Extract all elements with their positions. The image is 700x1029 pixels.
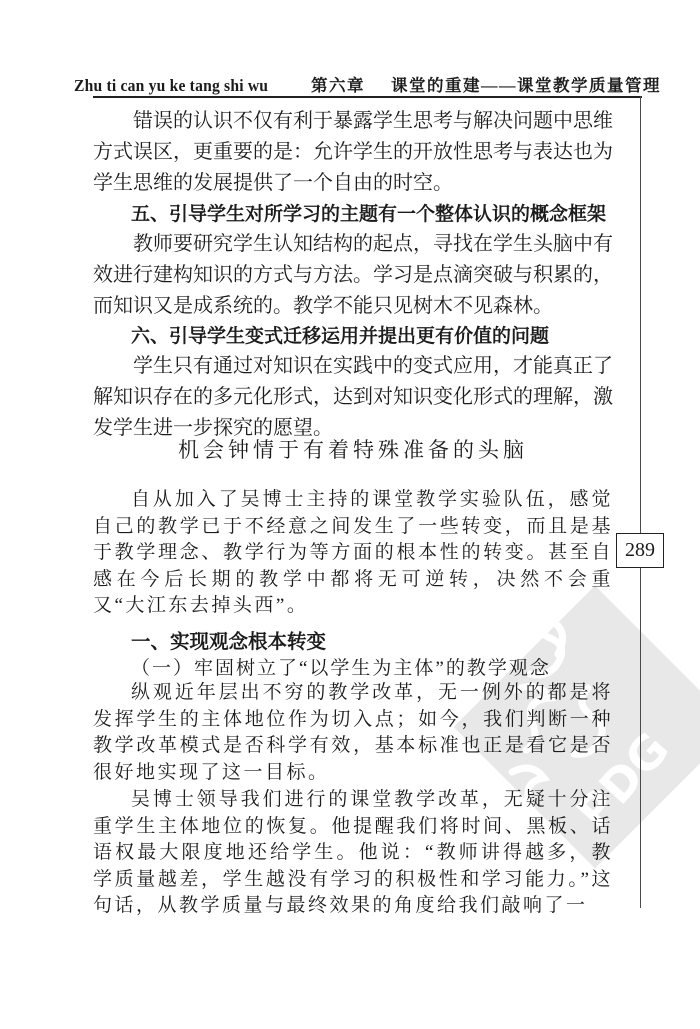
paragraph-six: 学生只有通过对知识在实践中的变式应用，才能真正了解知识存在的多元化形式，达到对知… — [93, 351, 613, 444]
running-header: Zhu ti can yu ke tang shi wu 第六章 课堂的重建——… — [93, 72, 642, 96]
margin-rule — [640, 96, 641, 908]
header-book-title: 课堂的重建——课堂教学质量管理 — [391, 72, 661, 96]
section-title: 机会钟情于有着特殊准备的头脑 — [93, 434, 613, 464]
paragraph-join: 自从加入了吴博士主持的课堂教学实验队伍，感觉自己的教学已于不经意之间发生了一些转… — [93, 487, 613, 620]
page-number: 289 — [625, 539, 655, 562]
paragraph-five: 教师要研究学生认知结构的起点，寻找在学生头脑中有效进行建构知识的方式与方法。学习… — [93, 229, 613, 322]
paragraph-concept-1: 纵观近年层出不穷的教学改革，无一例外的都是将发挥学生的主体地位作为切入点；如今，… — [93, 680, 613, 786]
paragraph-intro: 错误的认识不仅有利于暴露学生思考与解决问题中思维方式误区，更重要的是：允许学生的… — [93, 106, 613, 199]
book-page: PDG Zhu ti can yu ke tang shi wu 第六章 课堂的… — [0, 0, 700, 1029]
paragraph-concept-2: 吴博士领导我们进行的课堂教学改革，无疑十分注重学生主体地位的恢复。他提醒我们将时… — [93, 787, 613, 920]
header-rule — [93, 96, 642, 98]
subheading-one: （一）牢固树立了“以学生为主体”的教学观念 — [93, 653, 651, 680]
heading-one: 一、实现观念根本转变 — [93, 626, 651, 654]
page-number-box: 289 — [616, 533, 664, 568]
heading-six: 六、引导学生变式迁移运用并提出更有价值的问题 — [93, 321, 651, 352]
header-chapter: 第六章 — [311, 72, 365, 96]
header-pinyin: Zhu ti can yu ke tang shi wu — [74, 76, 268, 96]
heading-five: 五、引导学生对所学习的主题有一个整体认识的概念框架 — [93, 199, 651, 230]
